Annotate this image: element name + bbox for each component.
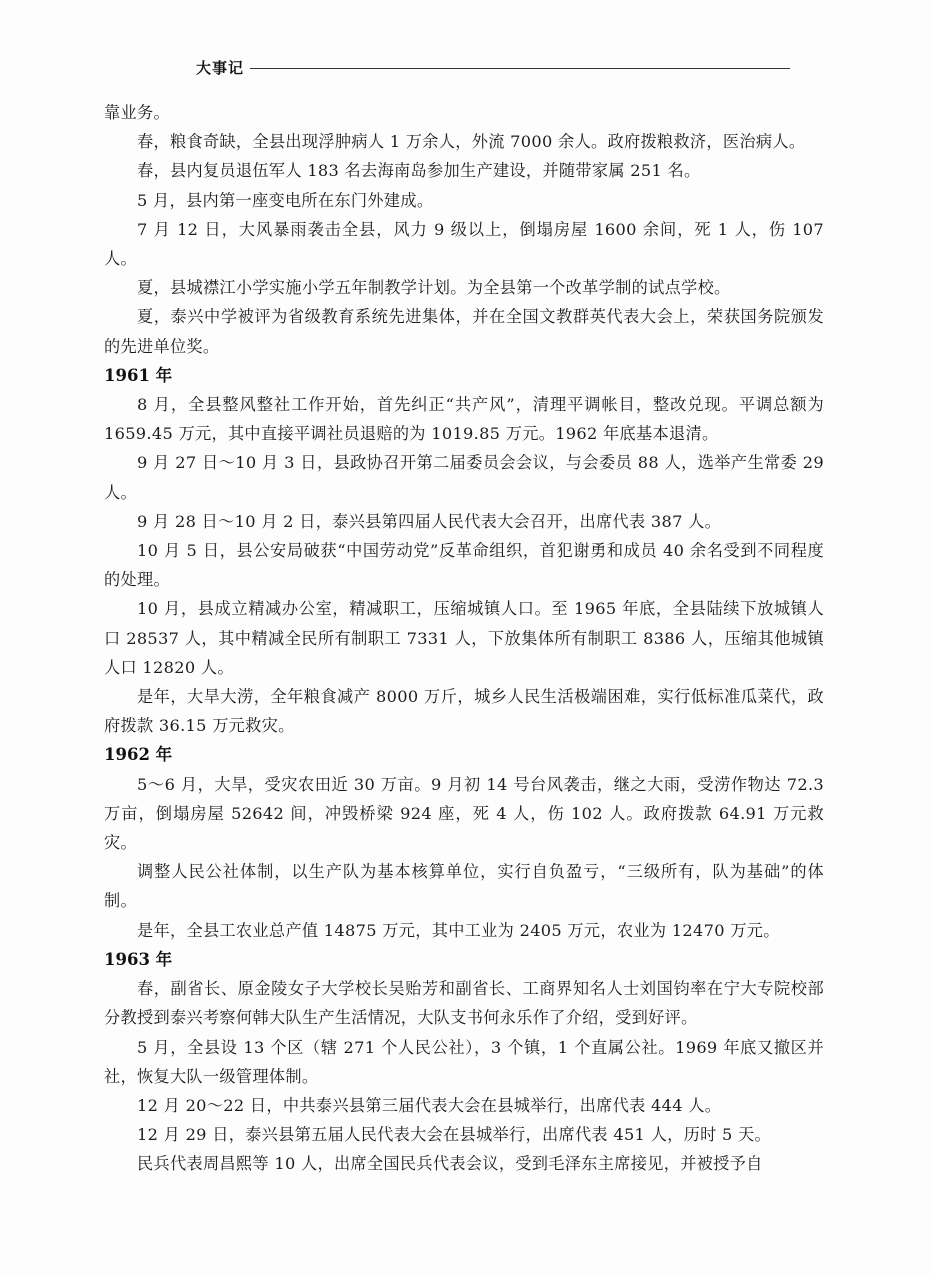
paragraph: 9 月 28 日～10 月 2 日，泰兴县第四届人民代表大会召开，出席代表 38… <box>104 507 824 536</box>
paragraph: 7 月 12 日，大风暴雨袭击全县，风力 9 级以上，倒塌房屋 1600 余间，… <box>104 215 824 273</box>
paragraph: 夏，泰兴中学被评为省级教育系统先进集体，并在全国文教群英代表大会上，荣获国务院颁… <box>104 302 824 360</box>
paragraph: 8 月，全县整风整社工作开始，首先纠正“共产风”，清理平调帐目，整改兑现。平调总… <box>104 390 824 448</box>
chronicle-body: 靠业务。 春，粮食奇缺，全县出现浮肿病人 1 万余人，外流 7000 余人。政府… <box>104 98 824 1179</box>
running-header: 大事记 <box>196 56 790 78</box>
year-heading: 1961 年 <box>104 361 824 390</box>
paragraph: 5 月，全县设 13 个区（辖 271 个人民公社），3 个镇，1 个直属公社。… <box>104 1033 824 1091</box>
header-rule <box>250 68 790 69</box>
paragraph: 5 月，县内第一座变电所在东门外建成。 <box>104 186 824 215</box>
paragraph: 5～6 月，大旱，受灾农田近 30 万亩。9 月初 14 号台风袭击，继之大雨，… <box>104 770 824 858</box>
section-title: 大事记 <box>196 57 244 78</box>
paragraph: 10 月 5 日，县公安局破获“中国劳动党”反革命组织，首犯谢勇和成员 40 余… <box>104 536 824 594</box>
paragraph: 春，副省长、原金陵女子大学校长吴贻芳和副省长、工商界知名人士刘国钧率在宁大专院校… <box>104 974 824 1032</box>
paragraph: 夏，县城襟江小学实施小学五年制教学计划。为全县第一个改革学制的试点学校。 <box>104 273 824 302</box>
paragraph: 12 月 20～22 日，中共泰兴县第三届代表大会在县城举行，出席代表 444 … <box>104 1091 824 1120</box>
paragraph: 是年，全县工农业总产值 14875 万元，其中工业为 2405 万元，农业为 1… <box>104 916 824 945</box>
year-heading: 1963 年 <box>104 945 824 974</box>
paragraph: 民兵代表周昌熙等 10 人，出席全国民兵代表会议，受到毛泽东主席接见，并被授予自 <box>104 1149 824 1178</box>
paragraph: 10 月，县成立精减办公室，精减职工，压缩城镇人口。至 1965 年底，全县陆续… <box>104 594 824 682</box>
paragraph: 是年，大旱大涝，全年粮食减产 8000 万斤，城乡人民生活极端困难，实行低标准瓜… <box>104 682 824 740</box>
paragraph: 调整人民公社体制，以生产队为基本核算单位，实行自负盈亏，“三级所有，队为基础”的… <box>104 857 824 915</box>
paragraph: 12 月 29 日，泰兴县第五届人民代表大会在县城举行，出席代表 451 人，历… <box>104 1120 824 1149</box>
paragraph: 靠业务。 <box>104 98 824 127</box>
paragraph: 春，县内复员退伍军人 183 名去海南岛参加生产建设，并随带家属 251 名。 <box>104 156 824 185</box>
paragraph: 9 月 27 日～10 月 3 日，县政协召开第二届委员会会议，与会委员 88 … <box>104 448 824 506</box>
document-page: 大事记 靠业务。 春，粮食奇缺，全县出现浮肿病人 1 万余人，外流 7000 余… <box>0 0 930 1275</box>
paragraph: 春，粮食奇缺，全县出现浮肿病人 1 万余人，外流 7000 余人。政府拨粮救济，… <box>104 127 824 156</box>
year-heading: 1962 年 <box>104 740 824 769</box>
